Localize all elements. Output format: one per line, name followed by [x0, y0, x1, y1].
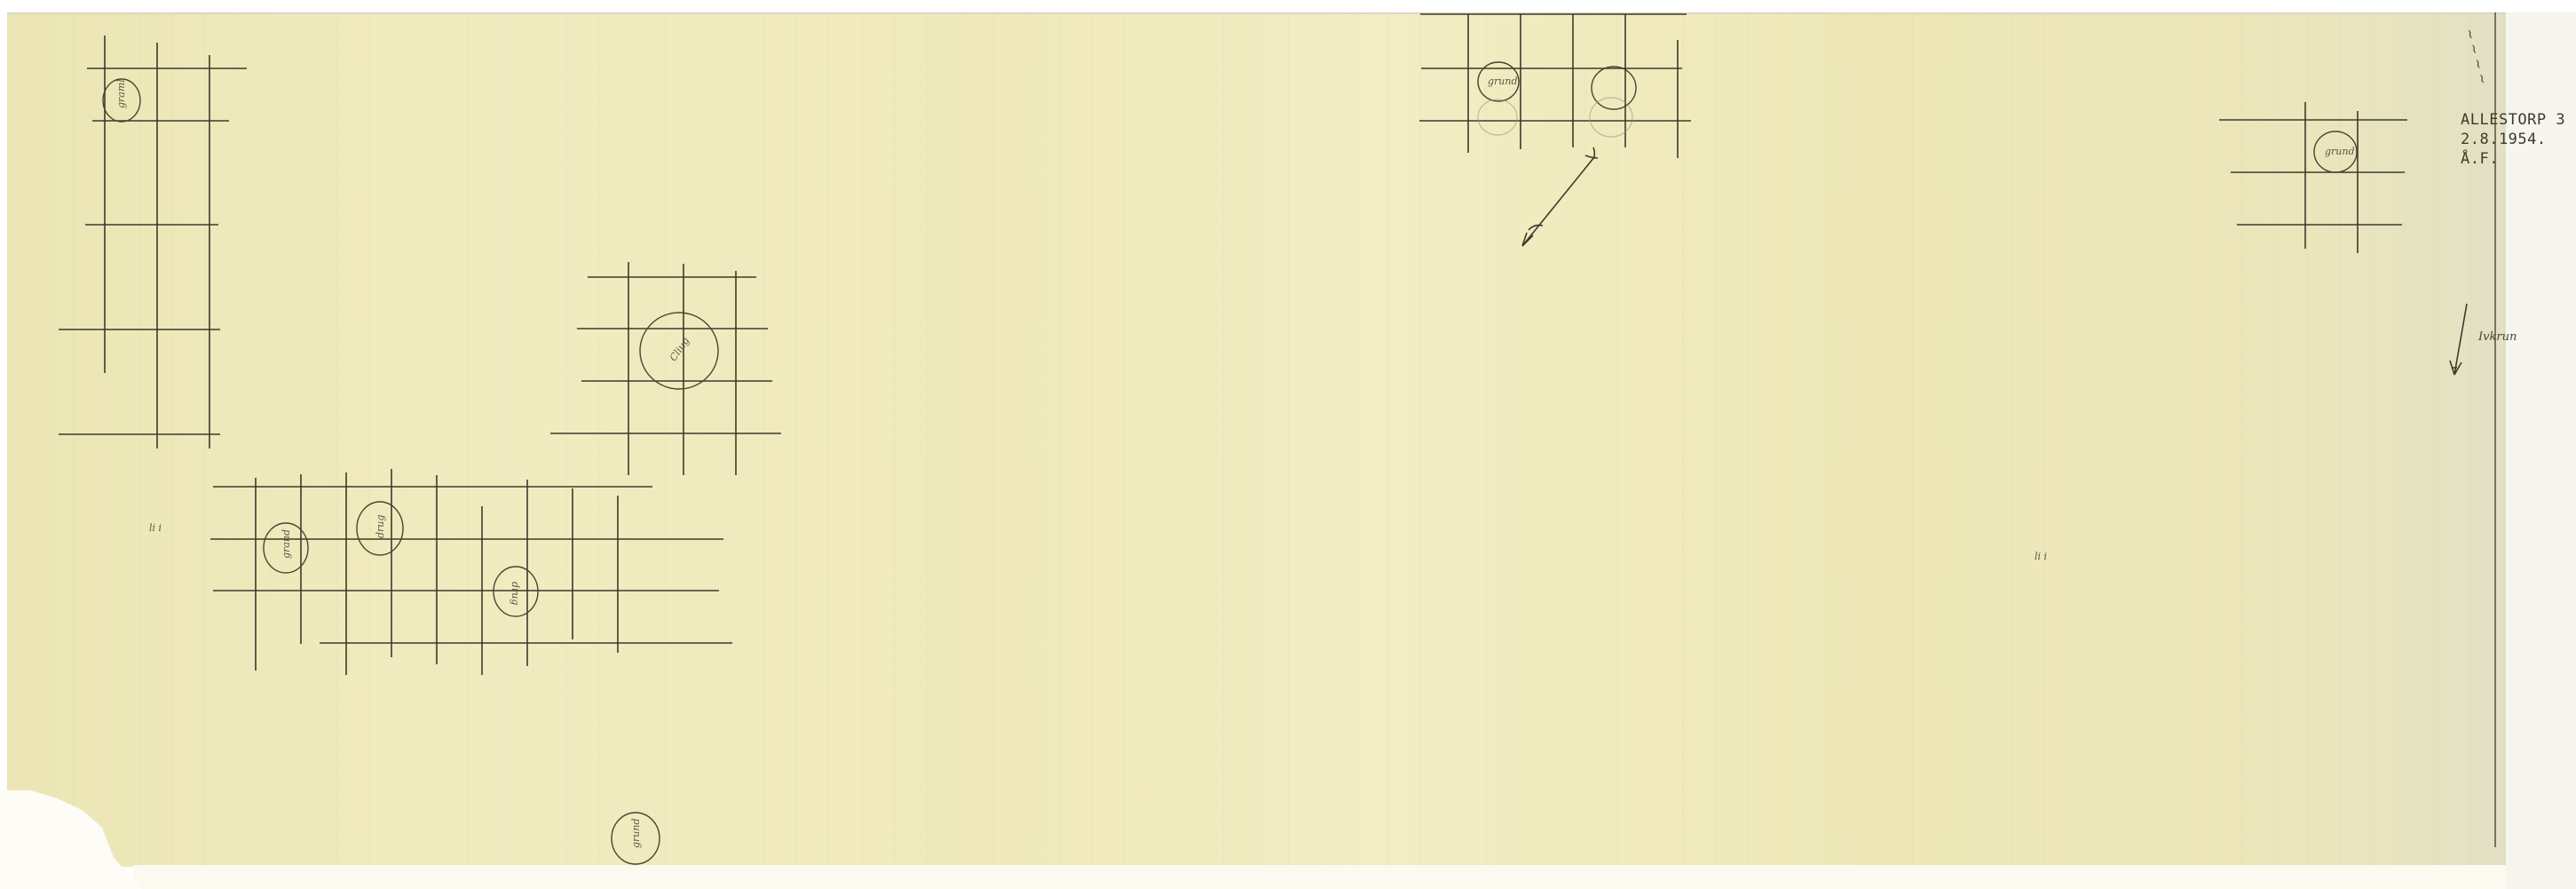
pencil-mark: li i: [2035, 551, 2047, 562]
grid-top-right: grund: [2219, 102, 2407, 253]
grid-top-middle: grund: [1419, 14, 1691, 158]
circle-label: grund: [2325, 146, 2355, 157]
grid-drawing: graml Cliug: [0, 0, 2576, 889]
margin-note: Ivkrun: [2478, 330, 2517, 344]
stamp-initials: Å.F.: [2461, 149, 2565, 169]
circle-label: graml: [115, 79, 127, 108]
pencil-mark: li i: [149, 522, 162, 534]
grid-center-left: Cliug: [550, 262, 781, 475]
north-arrow-icon: [1522, 147, 1598, 246]
stamp-date: 2.8.1954.: [2461, 130, 2565, 149]
circle-label: Cliug: [668, 335, 692, 363]
circle-label: grand: [281, 529, 292, 559]
circle-label: grund: [630, 818, 642, 848]
stamp-place: ALLESTORP 3: [2461, 110, 2565, 130]
ghost-circle: [1478, 99, 1517, 135]
circle-label: drug: [510, 582, 521, 605]
survey-circle: [1592, 67, 1636, 109]
circle-label: drug: [375, 515, 386, 538]
grid-bottom-left: grand drug drug: [210, 469, 732, 675]
bottom-circle: grund: [612, 813, 660, 864]
archive-stamp: ALLESTORP 3 2.8.1954. Å.F.: [2461, 110, 2565, 169]
drawing-sheet: graml Cliug: [0, 0, 2576, 889]
ghost-circle: [1590, 98, 1632, 137]
arrow-down-icon: [2450, 304, 2467, 375]
grid-top-left: graml: [59, 36, 247, 448]
circle-label: grund: [1488, 75, 1518, 87]
